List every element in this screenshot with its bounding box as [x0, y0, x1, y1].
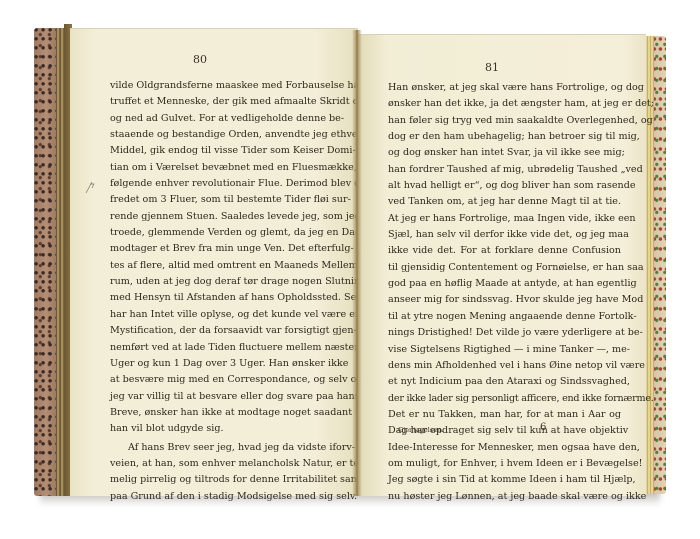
text-line: dens min Afholdenhed vel i hans Øine net… [388, 358, 621, 374]
text-line: jeg var villig til at besvare eller dog … [110, 389, 335, 405]
text-line: Sjæl, han selv vil derfor ikke vide det,… [388, 227, 621, 243]
left-page-text: vilde Oldgrandsferne maaskee med Forbaus… [110, 78, 335, 505]
text-line: Han ønsker, at jeg skal være hans Fortro… [388, 80, 621, 96]
signature-mark: Gjentagelsen. [398, 426, 443, 434]
text-line: til at ytre nogen Mening angaaende denne… [388, 309, 621, 325]
text-line: fredet om 3 Fluer, som til bestemte Tide… [110, 192, 335, 208]
right-marbled-cover [652, 36, 666, 494]
text-line: der ikke lader sig personligt afficere, … [388, 391, 621, 407]
text-line: ved Tanken om, at jeg har denne Magt til… [388, 194, 621, 210]
text-line: dog er den ham ubehagelig; han betroer s… [388, 129, 621, 145]
text-line: tian om i Værelset bevæbnet med en Flues… [110, 160, 335, 176]
right-page: 81 Han ønsker, at jeg skal være hans For… [358, 34, 646, 496]
text-line: Idee-Interesse for Mennesker, men ogsaa … [388, 440, 621, 456]
text-line: anseer mig for sindssvag. Hvor skulde je… [388, 292, 621, 308]
text-line: nu høster jeg Lønnen, at jeg baade skal … [388, 489, 621, 505]
text-line: nings Dristighed! Det vilde jo være yder… [388, 325, 621, 341]
text-line: Jeg søgte i sin Tid at komme Ideen i ham… [388, 472, 621, 488]
text-line: veien, at han, som enhver melancholsk Na… [110, 456, 335, 472]
text-line: han fordrer Taushed af mig, ubrødelig Ta… [388, 162, 621, 178]
text-line: Af hans Brev seer jeg, hvad jeg da vidst… [110, 440, 335, 456]
text-line: troede, glemmende Verden og glemt, da je… [110, 225, 335, 241]
text-line: om muligt, for Enhver, i hvem Ideen er i… [388, 456, 621, 472]
left-page: 80 vilde Oldgrandsferne maaskee med Forb… [70, 28, 358, 496]
text-line: paa Grund af den i stadig Modsigelse med… [110, 489, 335, 505]
text-line: god paa en høflig Maade at antyde, at ha… [388, 276, 621, 292]
text-line: til gjensidig Contentement og Fornøielse… [388, 260, 621, 276]
text-line: alt hvad helligt er“, og dog bliver han … [388, 178, 621, 194]
signature-number: 6 [540, 422, 546, 433]
text-line: At jeg er hans Fortrolige, maa Ingen vid… [388, 211, 621, 227]
text-line: Det er nu Takken, man har, for at man i … [388, 407, 621, 423]
text-line: truffet et Menneske, der gik med afmaalt… [110, 94, 335, 110]
page-number-right: 81 [462, 61, 522, 74]
text-line: rende gjennem Stuen. Saaledes levede jeg… [110, 209, 335, 225]
text-line: Uger og kun 1 Dag over 3 Uger. Han ønske… [110, 356, 335, 372]
text-line: ikke vide det. For at forklare denne Con… [388, 243, 621, 259]
text-line: Breve, ønsker han ikke at modtage noget … [110, 405, 335, 421]
text-line: staaende og bestandige Orden, anvendte j… [110, 127, 335, 143]
text-line: at besvære mig med en Correspondance, og… [110, 372, 335, 388]
text-line: vise Sigtelsens Rigtighed — i mine Tanke… [388, 342, 621, 358]
text-line: ønsker han det ikke, ja det ængster ham,… [388, 96, 621, 112]
text-line: og dog ønsker han intet Svar, ja vil ikk… [388, 145, 621, 161]
text-line: med Hensyn til Afstanden af hans Opholds… [110, 290, 335, 306]
text-line: han føler sig tryg ved min saakaldte Ove… [388, 113, 621, 129]
text-line: nemført ved at lade Tiden fluctuere mell… [110, 340, 335, 356]
text-line: Middel, gik endog til visse Tider som Ke… [110, 143, 335, 159]
page-number-left: 80 [170, 53, 230, 66]
text-line: et nyt Indicium paa den Ataraxi og Sinds… [388, 374, 621, 390]
text-line: følgende enhver revolutionair Flue. Deri… [110, 176, 335, 192]
text-line: vilde Oldgrandsferne maaskee med Forbaus… [110, 78, 335, 94]
text-line: Mystification, der da forsaavidt var for… [110, 323, 335, 339]
text-line: og ned ad Gulvet. For at vedligeholde de… [110, 111, 335, 127]
right-page-text: Han ønsker, at jeg skal være hans Fortro… [388, 80, 621, 505]
text-line: tes af flere, altid med omtrent en Maane… [110, 258, 335, 274]
text-line: melig pirrelig og tiltrods for denne Irr… [110, 472, 335, 488]
text-line: rum, uden at jeg dog deraf tør drage nog… [110, 274, 335, 290]
pencil-mark-icon [84, 180, 96, 194]
book-gutter [352, 30, 362, 496]
text-line: har han Intet ville oplyse, og det kunde… [110, 307, 335, 323]
text-line: modtager et Brev fra min unge Ven. Det e… [110, 241, 335, 257]
text-line: han vil blot udgyde sig. [110, 421, 335, 437]
